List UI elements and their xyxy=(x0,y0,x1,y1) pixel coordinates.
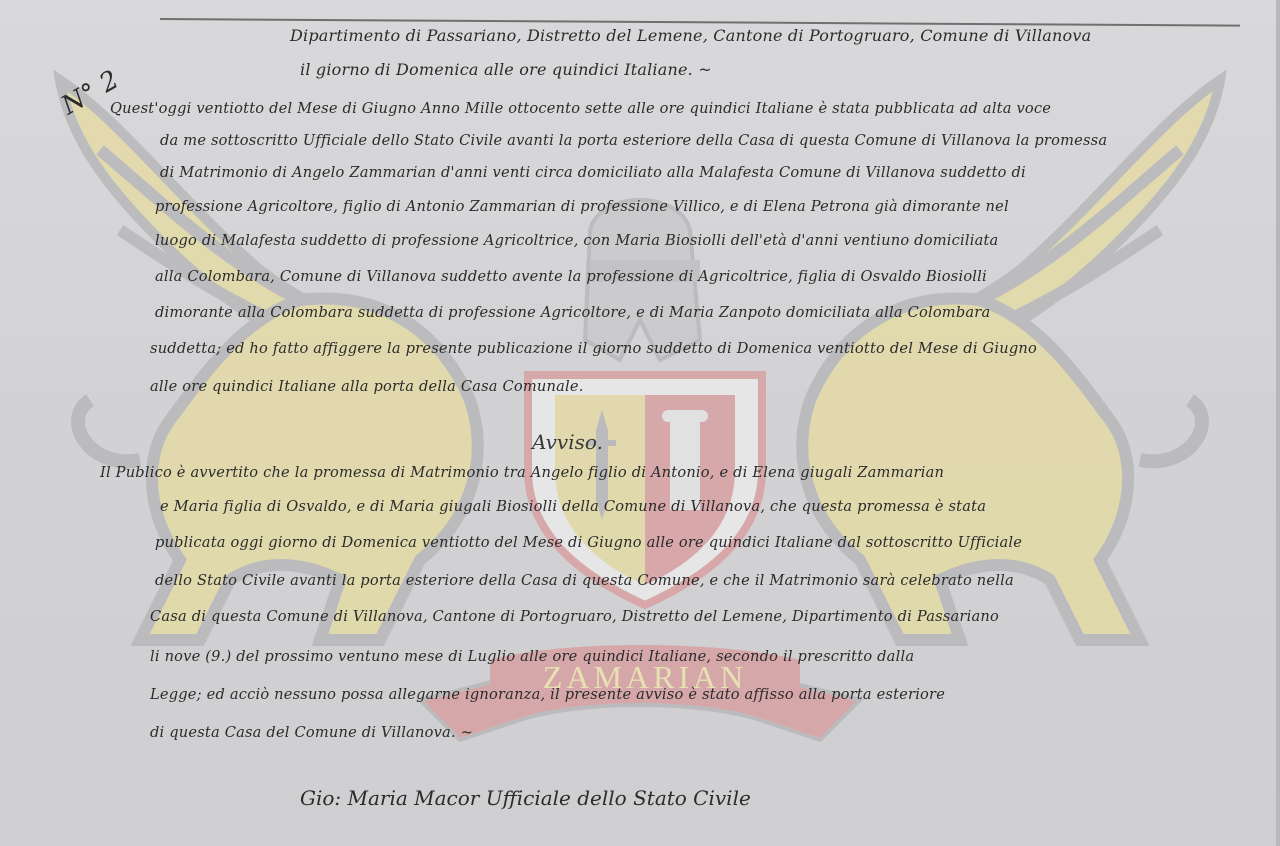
avviso-line: li nove (9.) del prossimo ventuno mese d… xyxy=(150,648,914,665)
document-page: ZAMARIAN N° 2 Dipartimento di Passariano… xyxy=(0,0,1280,846)
avviso-line: Legge; ed acciò nessuno possa allegarne … xyxy=(150,686,945,703)
avviso-line: Casa di questa Comune di Villanova, Cant… xyxy=(150,608,999,625)
body-line: professione Agricoltore, figlio di Anton… xyxy=(155,198,1009,215)
coat-of-arms-watermark: ZAMARIAN xyxy=(0,0,1280,846)
body-line: Quest'oggi ventiotto del Mese di Giugno … xyxy=(110,100,1051,117)
page-edge xyxy=(1276,0,1280,846)
avviso-line: dello Stato Civile avanti la porta ester… xyxy=(155,572,1014,589)
avviso-line: di questa Casa del Comune di Villanova. … xyxy=(150,724,473,741)
signature: Gio: Maria Macor Ufficiale dello Stato C… xyxy=(300,786,751,810)
body-line: dimorante alla Colombara suddetta di pro… xyxy=(155,304,990,321)
avviso-line: Il Publico è avvertito che la promessa d… xyxy=(100,464,944,481)
avviso-heading: Avviso. xyxy=(532,430,603,454)
body-line: alle ore quindici Italiane alla porta de… xyxy=(150,378,584,395)
body-line: luogo di Malafesta suddetto di professio… xyxy=(155,232,998,249)
header-line: il giorno di Domenica alle ore quindici … xyxy=(300,60,712,79)
avviso-line: e Maria figlia di Osvaldo, e di Maria gi… xyxy=(160,498,986,515)
body-line: di Matrimonio di Angelo Zammarian d'anni… xyxy=(160,164,1026,181)
body-line: alla Colombara, Comune di Villanova sudd… xyxy=(155,268,987,285)
body-line: da me sottoscritto Ufficiale dello Stato… xyxy=(160,132,1107,149)
header-line: Dipartimento di Passariano, Distretto de… xyxy=(290,26,1091,45)
body-line: suddetta; ed ho fatto affiggere la prese… xyxy=(150,340,1037,357)
avviso-line: publicata oggi giorno di Domenica ventio… xyxy=(155,534,1022,551)
